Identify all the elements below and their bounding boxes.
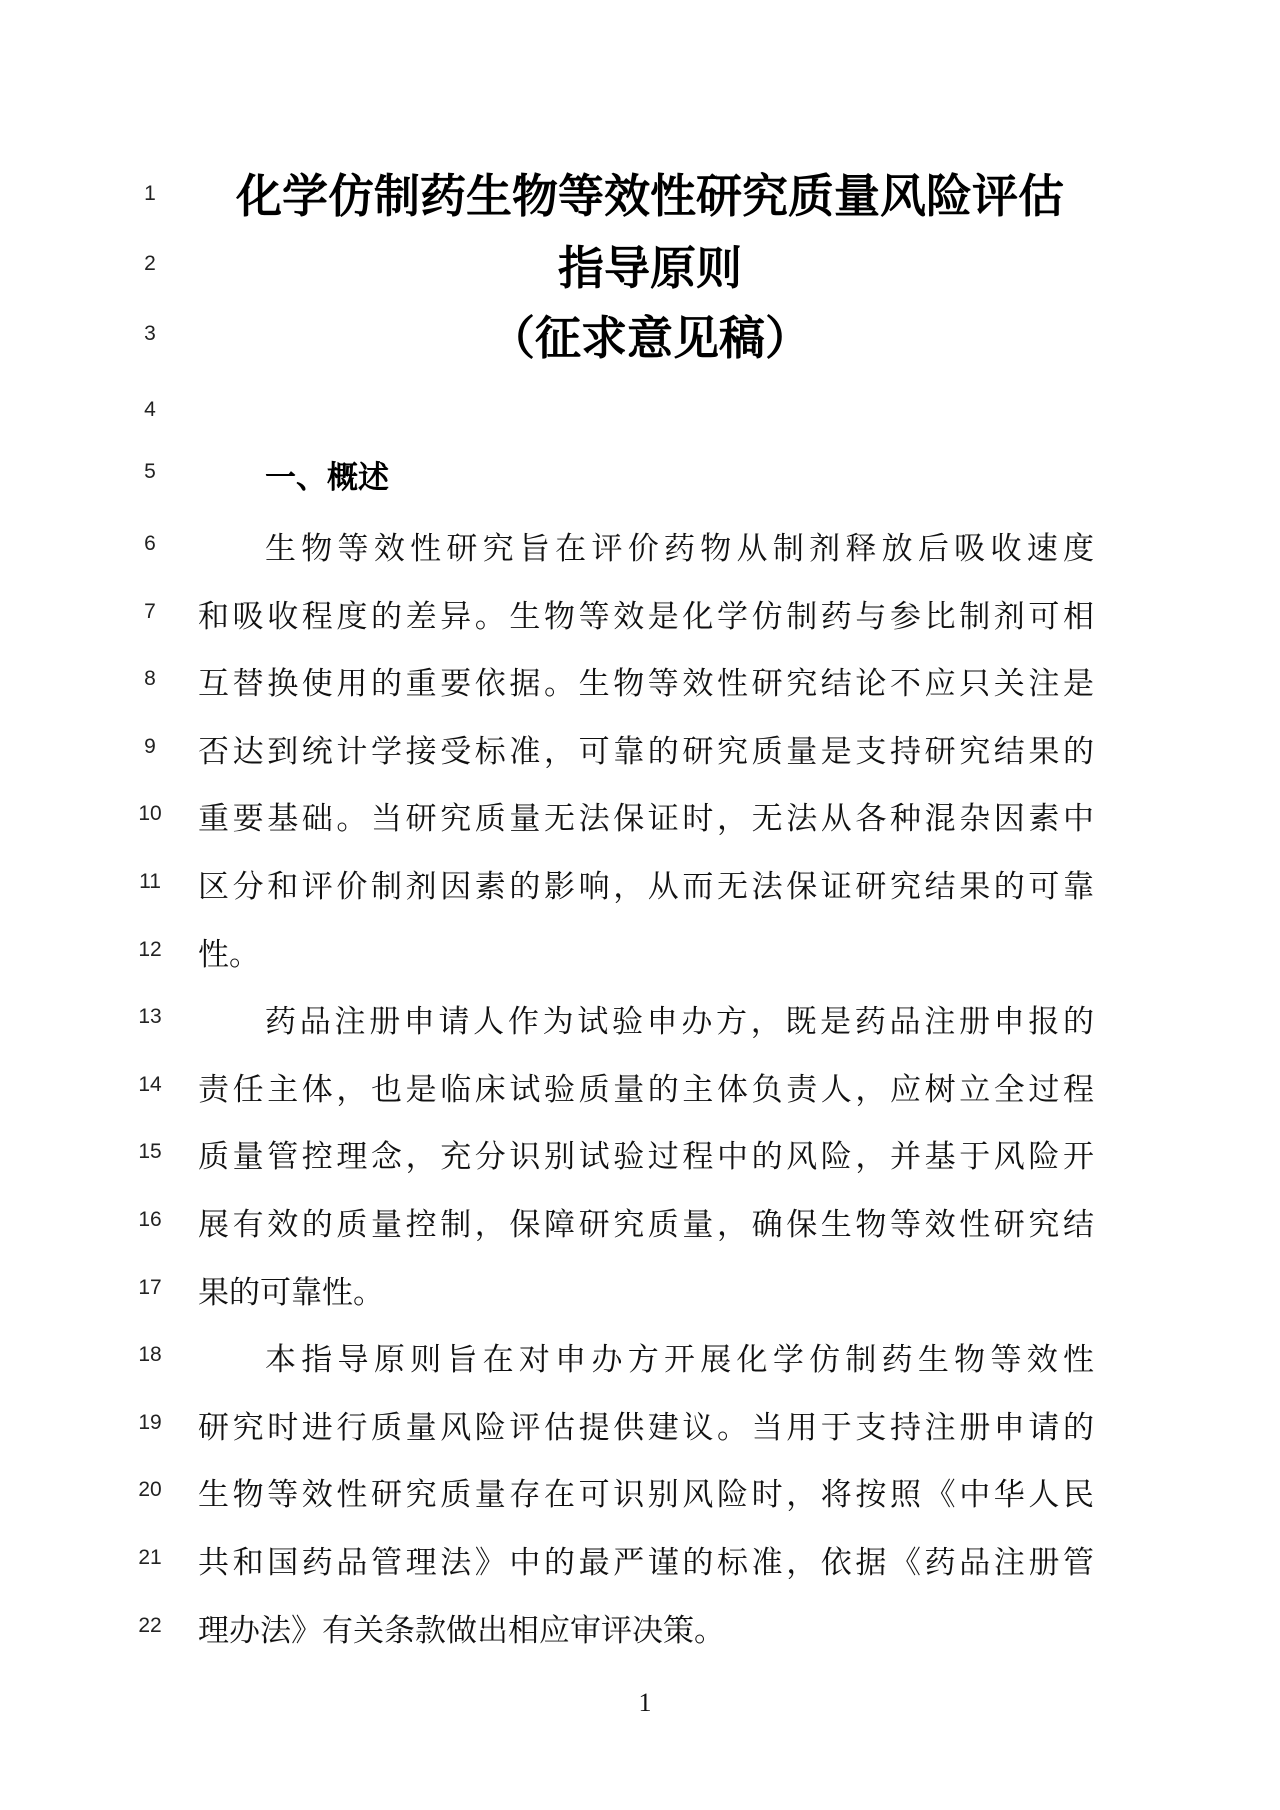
body-line: 和吸收程度的差异。生物等效是化学仿制药与参比制剂可相 [198, 591, 1094, 636]
body-line: 理办法》有关条款做出相应审评决策。 [198, 1605, 1094, 1650]
body-line: 共和国药品管理法》中的最严谨的标准，依据《药品注册管 [198, 1537, 1094, 1582]
line-number: 16 [130, 1208, 170, 1232]
line-number: 2 [130, 252, 170, 276]
line-number: 13 [130, 1005, 170, 1029]
line-number: 1 [130, 182, 170, 206]
line-number: 18 [130, 1343, 170, 1367]
section-heading: 一、概述 [265, 452, 389, 497]
line-number: 20 [130, 1478, 170, 1502]
body-line: 研究时进行质量风险评估提供建议。当用于支持注册申请的 [198, 1402, 1094, 1447]
line-number: 17 [130, 1276, 170, 1300]
page-number: 1 [620, 1688, 670, 1718]
body-line: 果的可靠性。 [198, 1267, 1094, 1312]
line-number: 5 [130, 460, 170, 484]
document-page: 1 2 3 4 5 化学仿制药生物等效性研究质量风险评估 指导原则 （征求意见稿… [0, 0, 1280, 1810]
body-line: 责任主体，也是临床试验质量的主体负责人，应树立全过程 [198, 1064, 1094, 1109]
document-subtitle-draft: （征求意见稿） [190, 302, 1110, 368]
body-line: 药品注册申请人作为试验申办方，既是药品注册申报的 [265, 996, 1094, 1041]
body-line: 质量管控理念，充分识别试验过程中的风险，并基于风险开 [198, 1131, 1094, 1176]
body-line: 生物等效性研究旨在评价药物从制剂释放后吸收速度 [265, 523, 1094, 568]
line-number: 11 [130, 870, 170, 894]
line-number: 12 [130, 938, 170, 962]
line-number: 7 [130, 600, 170, 624]
line-number: 6 [130, 532, 170, 556]
line-number: 8 [130, 667, 170, 691]
body-line: 性。 [198, 929, 1094, 974]
line-number: 22 [130, 1614, 170, 1638]
line-number: 9 [130, 735, 170, 759]
body-line: 重要基础。当研究质量无法保证时，无法从各种混杂因素中 [198, 793, 1094, 838]
body-line: 否达到统计学接受标准，可靠的研究质量是支持研究结果的 [198, 726, 1094, 771]
line-number: 14 [130, 1073, 170, 1097]
body-line: 互替换使用的重要依据。生物等效性研究结论不应只关注是 [198, 658, 1094, 703]
body-line: 区分和评价制剂因素的影响，从而无法保证研究结果的可靠 [198, 861, 1094, 906]
line-number: 19 [130, 1411, 170, 1435]
line-number: 4 [130, 398, 170, 422]
body-line: 生物等效性研究质量存在可识别风险时，将按照《中华人民 [198, 1469, 1094, 1514]
line-number: 15 [130, 1140, 170, 1164]
document-title-line-2: 指导原则 [190, 232, 1110, 298]
document-title-line-1: 化学仿制药生物等效性研究质量风险评估 [190, 160, 1110, 226]
body-line: 展有效的质量控制，保障研究质量，确保生物等效性研究结 [198, 1199, 1094, 1244]
line-number: 10 [130, 802, 170, 826]
line-number: 21 [130, 1546, 170, 1570]
body-line: 本指导原则旨在对申办方开展化学仿制药生物等效性 [265, 1334, 1094, 1379]
line-number: 3 [130, 322, 170, 346]
